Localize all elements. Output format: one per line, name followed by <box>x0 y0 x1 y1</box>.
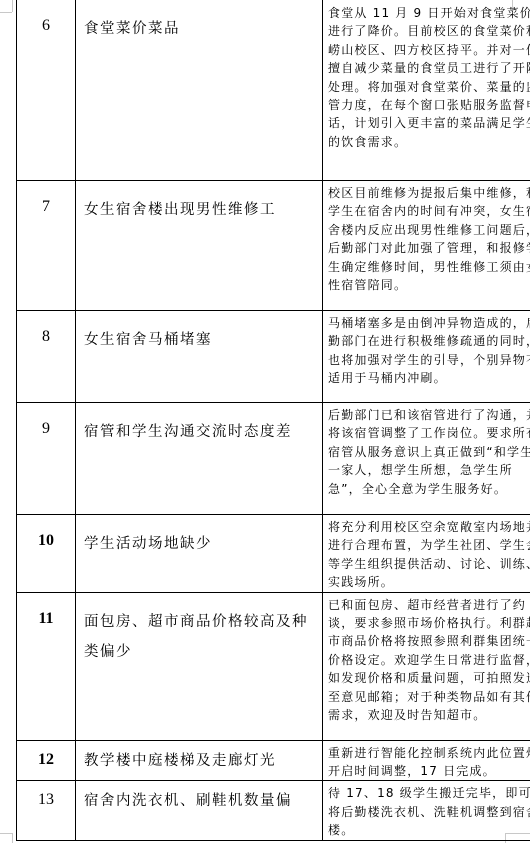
response-cell: 后勤部门已和该宿管进行了沟通，并将该宿管调整了工作岗位。要求所有宿管从服务意识上… <box>323 403 530 515</box>
row-number: 7 <box>17 181 76 311</box>
page-corner-mark <box>12 833 13 843</box>
page-corner-mark <box>0 12 12 13</box>
row-number: 12 <box>17 740 76 781</box>
response-cell: 马桶堵塞多是由倒冲异物造成的，后勤部门在进行积极维修疏通的同时，也将加强对学生的… <box>323 311 530 403</box>
issue-cell: 宿管和学生沟通交流时态度差 <box>76 403 323 515</box>
response-cell: 将充分利用校区空余宽敞室内场地并进行合理布置，为学生社团、学生会等学生组织提供活… <box>323 515 530 593</box>
issue-cell: 女生宿舍马桶堵塞 <box>76 311 323 403</box>
table-row: 7 女生宿舍楼出现男性维修工 校区目前维修为提报后集中维修，和学生在宿舍内的时间… <box>17 181 530 311</box>
table-row: 8 女生宿舍马桶堵塞 马桶堵塞多是由倒冲异物造成的，后勤部门在进行积极维修疏通的… <box>17 311 530 403</box>
response-cell: 校区目前维修为提报后集中维修，和学生在宿舍内的时间有冲突，女生宿舍楼内反应出现男… <box>323 181 530 311</box>
table-row: 11 面包房、超市商品价格较高及种类偏少 已和面包房、超市经营者进行了约谈，要求… <box>17 592 530 740</box>
response-cell: 重新进行智能化控制系统内此位置灯开启时间调整，17 日完成。 <box>323 740 530 781</box>
issue-cell: 宿舍内洗衣机、刷鞋机数量偏 <box>76 781 323 840</box>
response-cell: 食堂从 11 月 9 日开始对食堂菜价进行了降价。目前校区的食堂菜价和崂山校区、… <box>323 0 530 181</box>
issue-cell: 女生宿舍楼出现男性维修工 <box>76 181 323 311</box>
row-number: 8 <box>17 311 76 403</box>
table-row: 12 教学楼中庭楼梯及走廊灯光 重新进行智能化控制系统内此位置灯开启时间调整，1… <box>17 740 530 781</box>
response-cell: 已和面包房、超市经营者进行了约谈，要求参照市场价格执行。利群超市商品价格将按照参… <box>323 592 530 740</box>
issue-cell: 面包房、超市商品价格较高及种类偏少 <box>76 592 323 740</box>
table-row: 6 食堂菜价菜品 食堂从 11 月 9 日开始对食堂菜价进行了降价。目前校区的食… <box>17 0 530 181</box>
page-corner-mark <box>0 833 12 834</box>
issue-cell: 学生活动场地缺少 <box>76 515 323 593</box>
response-cell: 待 17、18 级学生搬迁完毕，即可将后勤楼洗衣机、洗鞋机调整到宿舍楼。 <box>323 781 530 840</box>
row-number: 13 <box>17 781 76 840</box>
row-number: 6 <box>17 0 76 181</box>
row-number: 9 <box>17 403 76 515</box>
issue-cell: 食堂菜价菜品 <box>76 0 323 181</box>
row-number: 10 <box>17 515 76 593</box>
page-corner-mark <box>0 0 13 12</box>
issue-cell: 教学楼中庭楼梯及走廊灯光 <box>76 740 323 781</box>
table-row: 13 宿舍内洗衣机、刷鞋机数量偏 待 17、18 级学生搬迁完毕，即可将后勤楼洗… <box>17 781 530 840</box>
table-row: 9 宿管和学生沟通交流时态度差 后勤部门已和该宿管进行了沟通，并将该宿管调整了工… <box>17 403 530 515</box>
table-row: 10 学生活动场地缺少 将充分利用校区空余宽敞室内场地并进行合理布置，为学生社团… <box>17 515 530 593</box>
feedback-table: 6 食堂菜价菜品 食堂从 11 月 9 日开始对食堂菜价进行了降价。目前校区的食… <box>16 0 530 841</box>
row-number: 11 <box>17 592 76 740</box>
